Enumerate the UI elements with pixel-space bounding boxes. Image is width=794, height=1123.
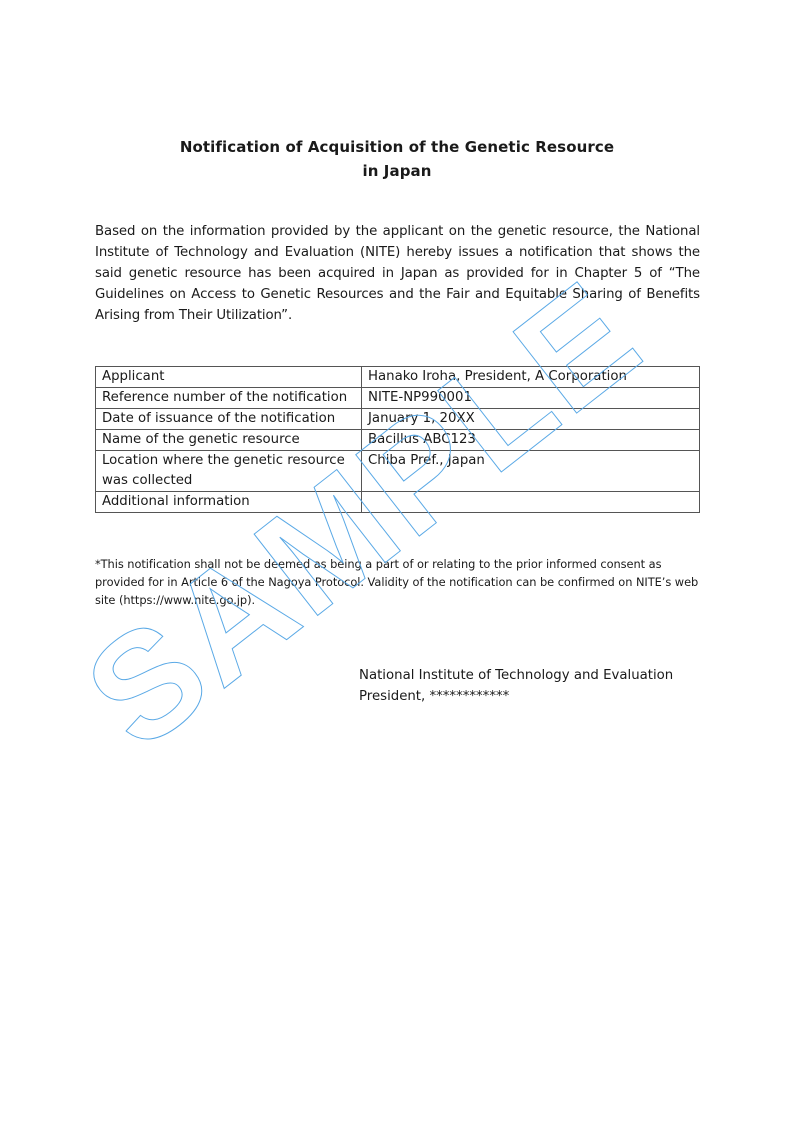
row-value: Hanako Iroha, President, A Corporation — [362, 367, 700, 388]
row-label: Applicant — [96, 367, 362, 388]
signature-name: President, ************ — [359, 686, 673, 707]
table-row: Name of the genetic resource Bacillus AB… — [96, 430, 700, 451]
table-row: Date of issuance of the notification Jan… — [96, 409, 700, 430]
signature-block: National Institute of Technology and Eva… — [359, 665, 673, 707]
row-label: Additional information — [96, 492, 362, 513]
document-title: Notification of Acquisition of the Genet… — [0, 135, 794, 183]
row-label: Name of the genetic resource — [96, 430, 362, 451]
table-row: Location where the genetic resource was … — [96, 451, 700, 492]
notification-details-table: Applicant Hanako Iroha, President, A Cor… — [95, 366, 700, 513]
row-value: NITE-NP990001 — [362, 388, 700, 409]
row-value — [362, 492, 700, 513]
row-label: Date of issuance of the notification — [96, 409, 362, 430]
row-value: Chiba Pref., Japan — [362, 451, 700, 492]
row-value: Bacillus ABC123 — [362, 430, 700, 451]
title-line-2: in Japan — [0, 159, 794, 183]
row-label: Location where the genetic resource was … — [96, 451, 362, 492]
title-line-1: Notification of Acquisition of the Genet… — [0, 135, 794, 159]
row-value: January 1, 20XX — [362, 409, 700, 430]
table-row: Reference number of the notification NIT… — [96, 388, 700, 409]
signature-organization: National Institute of Technology and Eva… — [359, 665, 673, 686]
table-row: Additional information — [96, 492, 700, 513]
intro-paragraph: Based on the information provided by the… — [95, 221, 700, 326]
row-label: Reference number of the notification — [96, 388, 362, 409]
table-row: Applicant Hanako Iroha, President, A Cor… — [96, 367, 700, 388]
disclaimer-note: *This notification shall not be deemed a… — [95, 555, 705, 609]
